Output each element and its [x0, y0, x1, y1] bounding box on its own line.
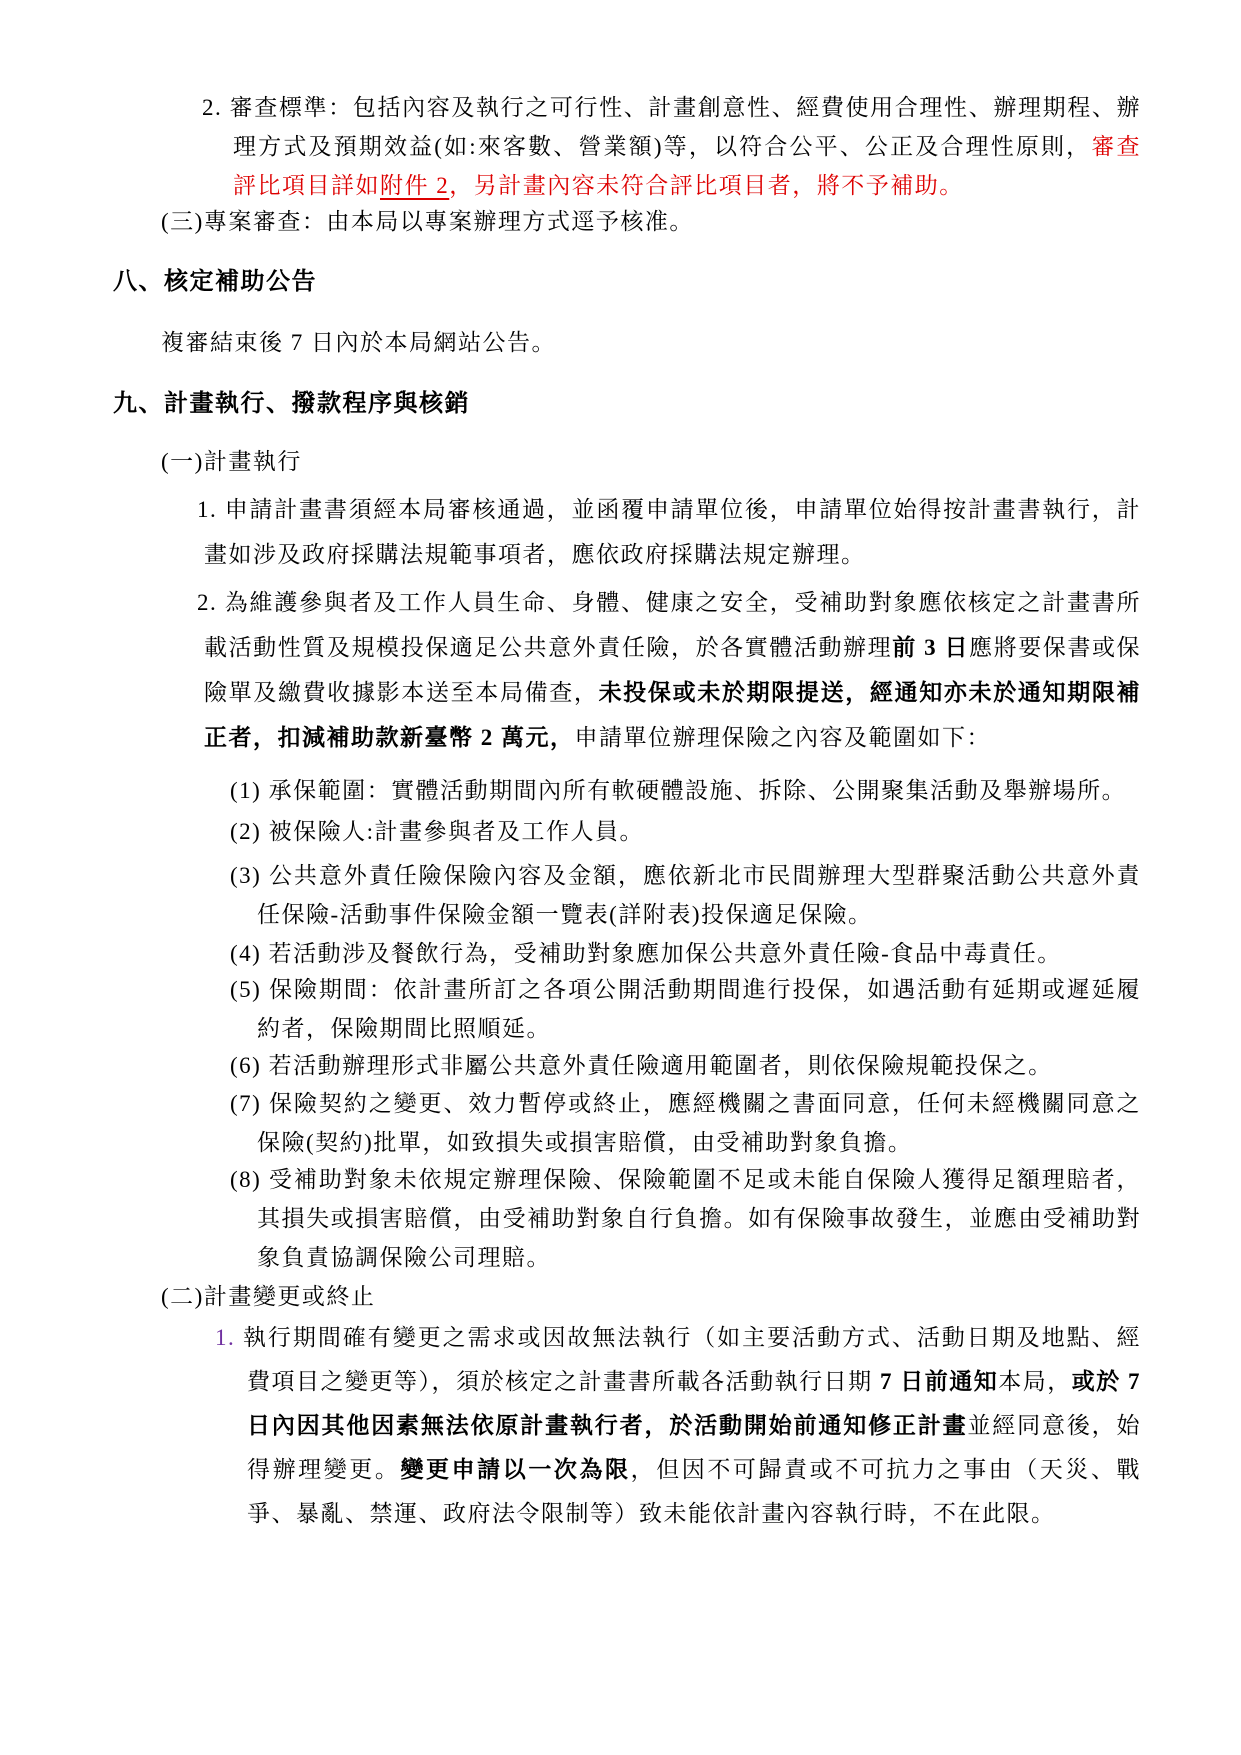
text-segment: 八、核定補助公告: [113, 269, 317, 295]
item-special-review: (三)專案審查：由本局以專案辦理方式逕予核准。: [0, 202, 1141, 241]
text-segment: (7) 保險契約之變更、效力暫停或終止，應經機關之書面同意，任何未經機關同意之保…: [230, 1091, 1141, 1155]
text-segment-red-u: 附件 2: [380, 173, 449, 198]
item-insurance-7: (7) 保險契約之變更、效力暫停或終止，應經機關之書面同意，任何未經機關同意之保…: [0, 1084, 1141, 1162]
item-insurance-4: (4) 若活動涉及餐飲行為，受補助對象應加保公共意外責任險-食品中毒責任。: [0, 934, 1141, 973]
item-exec-1: 1. 申請計畫書須經本局審核通過，並函覆申請單位後，申請單位始得按計畫書執行，計…: [0, 487, 1141, 577]
item-insurance-2: (2) 被保險人:計畫參與者及工作人員。: [0, 812, 1141, 851]
item-plan-change: (二)計畫變更或終止: [0, 1277, 1141, 1316]
text-segment: 複審結束後 7 日內於本局網站公告。: [161, 330, 556, 355]
text-segment: (一)計畫執行: [161, 449, 302, 474]
heading-grant-announcement: 八、核定補助公告: [0, 263, 1141, 302]
item-exec-2: 2. 為維護參與者及工作人員生命、身體、健康之安全，受補助對象應依核定之計畫書所…: [0, 580, 1141, 760]
item-insurance-1: (1) 承保範圍：實體活動期間內所有軟硬體設施、拆除、公開聚集活動及舉辦場所。: [0, 771, 1141, 810]
text-segment: (6) 若活動辦理形式非屬公共意外責任險適用範圍者，則依保險規範投保之。: [230, 1053, 1053, 1078]
item-plan-execution: (一)計畫執行: [0, 442, 1141, 481]
text-segment: (5) 保險期間：依計畫所訂之各項公開活動期間進行投保，如遇活動有延期或遲延履約…: [230, 977, 1141, 1041]
document-body: 2. 審查標準：包括內容及執行之可行性、計畫創意性、經費使用合理性、辦理期程、辦…: [0, 88, 1241, 1536]
text-segment: (2) 被保險人:計畫參與者及工作人員。: [230, 819, 644, 844]
text-segment-b: 變更申請以一次為限: [400, 1457, 630, 1482]
item-insurance-8: (8) 受補助對象未依規定辦理保險、保險範圍不足或未能自保險人獲得足額理賠者，其…: [0, 1160, 1141, 1277]
text-segment: (三)專案審查：由本局以專案辦理方式逕予核准。: [161, 209, 694, 234]
text-segment: 2. 審查標準：包括內容及執行之可行性、計畫創意性、經費使用合理性、辦理期程、辦…: [202, 95, 1141, 159]
para-announcement: 複審結束後 7 日內於本局網站公告。: [0, 323, 1141, 362]
item-insurance-3: (3) 公共意外責任險保險內容及金額，應依新北市民間辦理大型群聚活動公共意外責任…: [0, 856, 1141, 934]
text-segment: 1. 申請計畫書須經本局審核通過，並函覆申請單位後，申請單位始得按計畫書執行，計…: [197, 497, 1141, 567]
text-segment: 申請單位辦理保險之內容及範圍如下：: [575, 725, 992, 750]
text-segment: (3) 公共意外責任險保險內容及金額，應依新北市民間辦理大型群聚活動公共意外責任…: [230, 863, 1141, 927]
item-insurance-6: (6) 若活動辦理形式非屬公共意外責任險適用範圍者，則依保險規範投保之。: [0, 1046, 1141, 1085]
text-segment: 九、計畫執行、撥款程序與核銷: [113, 391, 470, 417]
text-segment: (二)計畫變更或終止: [161, 1284, 375, 1309]
text-segment: 本局，: [998, 1369, 1072, 1394]
text-segment-purple: 1.: [215, 1325, 235, 1350]
heading-execution: 九、計畫執行、撥款程序與核銷: [0, 385, 1141, 424]
document-page: 2. 審查標準：包括內容及執行之可行性、計畫創意性、經費使用合理性、辦理期程、辦…: [0, 0, 1241, 1755]
text-segment-b: 前 3 日: [892, 635, 969, 660]
text-segment-red: ，另計畫內容未符合評比項目者，將不予補助。: [449, 173, 964, 198]
text-segment-b: 7 日前通知: [880, 1369, 998, 1394]
text-segment: (1) 承保範圍：實體活動期間內所有軟硬體設施、拆除、公開聚集活動及舉辦場所。: [230, 778, 1126, 803]
item-insurance-5: (5) 保險期間：依計畫所訂之各項公開活動期間進行投保，如遇活動有延期或遲延履約…: [0, 970, 1141, 1048]
item-review-criteria: 2. 審查標準：包括內容及執行之可行性、計畫創意性、經費使用合理性、辦理期程、辦…: [0, 88, 1141, 205]
item-change-1: 1. 執行期間確有變更之需求或因故無法執行（如主要活動方式、活動日期及地點、經費…: [0, 1316, 1141, 1536]
text-segment: (4) 若活動涉及餐飲行為，受補助對象應加保公共意外責任險-食品中毒責任。: [230, 941, 1062, 966]
text-segment: (8) 受補助對象未依規定辦理保險、保險範圍不足或未能自保險人獲得足額理賠者，其…: [230, 1167, 1141, 1270]
